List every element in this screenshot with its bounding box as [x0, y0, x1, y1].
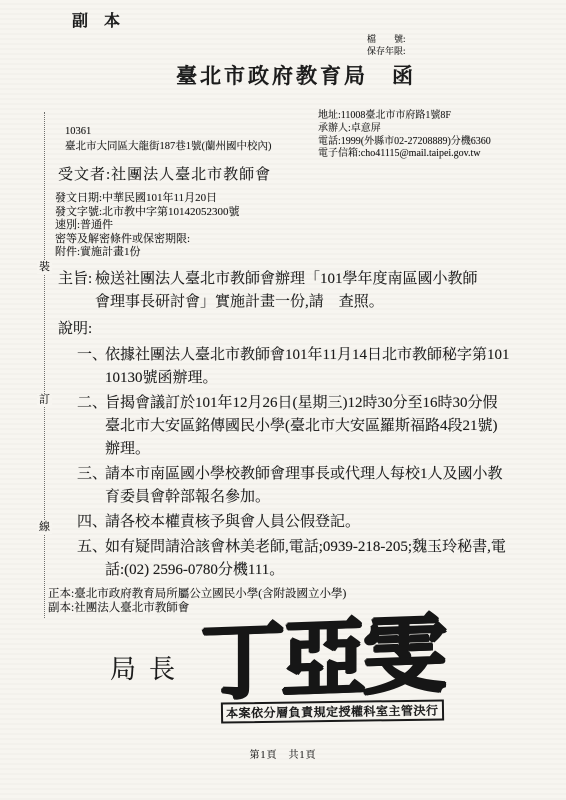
subject-paragraph: 主旨: 檢送社團法人臺北市教師會辦理「101學年度南區國小教師會理事長研討會」實…: [58, 268, 489, 314]
issue-date: 發文日期:中華民國101年11月20日: [55, 192, 240, 206]
item-text: 如有疑問請洽該會林美老師,電話;0939-218-205;魏玉玲秘書,電話:(0…: [105, 539, 506, 578]
page-number-footer: 第1頁 共1頁: [0, 746, 566, 761]
item-number: 三、: [77, 463, 107, 486]
agency-email: 電子信箱:cho41115@mail.taipei.gov.tw: [318, 148, 491, 161]
official-letter-page: 副 本 檔 號: 保存年限: 臺北市政府教育局 函 地址:11008臺北市市府路…: [0, 0, 566, 800]
item-text: 旨揭會議訂於101年12月26日(星期三)12時30分至16時30分假臺北市大安…: [105, 395, 498, 457]
letter-body: 主旨: 檢送社團法人臺北市教師會辦理「101學年度南區國小教師會理事長研討會」實…: [58, 268, 536, 584]
explanation-label: 說明:: [58, 318, 536, 341]
item-text: 請本市南區國小學校教師會理事長或代理人每校1人及國小教育委員會幹部報名參加。: [105, 466, 503, 505]
binding-mark-ding: 訂: [37, 394, 52, 407]
agency-address: 地址:11008臺北市市府路1號8F: [318, 110, 491, 123]
item-number: 一、: [77, 344, 107, 367]
recipient-zip: 10361: [65, 126, 91, 137]
explanation-item-4: 四、 請各校本權責核予與會人員公假登記。: [77, 511, 510, 534]
signer-title: 局長: [110, 649, 188, 686]
agency-contact-person: 承辦人:卓意屏: [318, 123, 491, 136]
item-number: 二、: [77, 392, 107, 415]
item-number: 五、: [77, 536, 107, 559]
explanation-item-5: 五、 如有疑問請洽該會林美老師,電話;0939-218-205;魏玉玲秘書,電話…: [77, 536, 510, 582]
agency-contact-block: 地址:11008臺北市市府路1號8F 承辦人:卓意屏 電話:1999(外縣市02…: [318, 110, 491, 161]
item-text: 依據社團法人臺北市教師會101年11月14日北市教師秘字第10110130號函辦…: [105, 347, 509, 386]
distribution-block: 正本:臺北市政府教育局所屬公立國民小學(含附設國立小學) 副本:社團法人臺北市教…: [48, 587, 346, 615]
security-classification: 密等及解密條件或保密期限:: [55, 233, 240, 247]
recipient-street-address: 臺北市大同區大龍街187巷1號(蘭州國中校內): [65, 138, 272, 153]
subject-label: 主旨:: [58, 268, 92, 291]
original-recipients-line: 正本:臺北市政府教育局所屬公立國民小學(含附設國立小學): [48, 587, 346, 601]
binding-mark-zhuang: 裝: [37, 261, 52, 274]
file-number-block: 檔 號: 保存年限:: [367, 33, 406, 57]
explanation-item-3: 三、 請本市南區國小學校教師會理事長或代理人每校1人及國小教育委員會幹部報名參加…: [77, 463, 510, 509]
explanation-item-2: 二、 旨揭會議訂於101年12月26日(星期三)12時30分至16時30分假臺北…: [77, 392, 510, 461]
delegation-stamp: 本案依分層負責規定授權科室主管決行: [221, 699, 444, 723]
agency-phone: 電話:1999(外縣市02-27208889)分機6360: [318, 136, 491, 149]
attachment-note: 附件:實施計畫1份: [55, 246, 240, 260]
item-number: 四、: [77, 511, 107, 534]
issue-number: 發文字號:北市教中字第10142052300號: [55, 206, 240, 220]
delivery-speed: 速別:普通件: [55, 219, 240, 233]
retention-period-label: 保存年限:: [367, 45, 406, 57]
copy-mark: 副 本: [72, 8, 120, 31]
document-title: 臺北市政府教育局 函: [176, 60, 416, 90]
binding-mark-xian: 線: [37, 521, 52, 534]
item-text: 請各校本權責核予與會人員公假登記。: [105, 514, 360, 530]
binding-dotted-line: [44, 112, 45, 618]
explanation-item-1: 一、 依據社團法人臺北市教師會101年11月14日北市教師秘字第10110130…: [77, 344, 510, 390]
explanation-items: 一、 依據社團法人臺北市教師會101年11月14日北市教師秘字第10110130…: [58, 344, 510, 582]
director-signature: 丁亞雯: [200, 614, 443, 707]
recipient-line: 受文者:社團法人臺北市教師會: [58, 163, 271, 184]
document-meta-block: 發文日期:中華民國101年11月20日 發文字號:北市教中字第101420523…: [55, 192, 240, 260]
file-number-label: 檔 號:: [367, 33, 406, 45]
subject-text: 檢送社團法人臺北市教師會辦理「101學年度南區國小教師會理事長研討會」實施計畫一…: [95, 271, 478, 310]
